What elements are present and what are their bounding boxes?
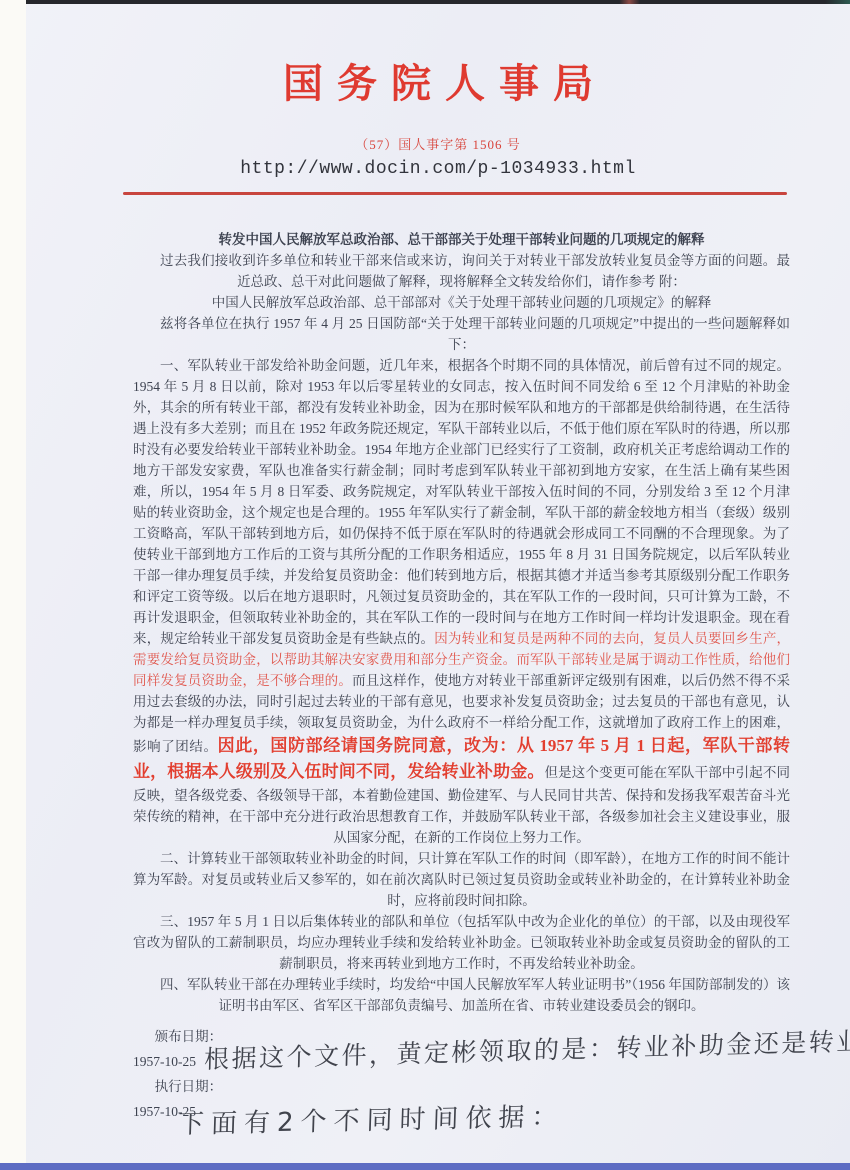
doc-url: http://www.docin.com/p-1034933.html: [26, 159, 850, 179]
paragraph-item3: 三、1957 年 5 月 1 日以后集体转业的部队和单位（包括军队中改为企业化的…: [133, 911, 790, 974]
paragraph-item2: 二、计算转业干部领取转业补助金的时间，只计算在军队工作的时间（即军龄），在地方工…: [133, 848, 790, 911]
paragraph-preamble: 兹将各单位在执行 1957 年 4 月 25 日国防部“关于处理干部转业问题的几…: [133, 313, 790, 355]
agency-title: 国务院人事局: [26, 60, 850, 108]
effective-date-label: 执行日期：: [133, 1074, 790, 1099]
paper: 国务院人事局 （57）国人事字第 1506 号 http://www.docin…: [26, 4, 850, 1163]
red-divider: [123, 192, 787, 195]
doc-number: （57）国人事字第 1506 号: [26, 134, 850, 153]
document-title: 转发中国人民解放军总政治部、总干部部关于处理干部转业问题的几项规定的解释: [133, 229, 790, 250]
paragraph-item1: 一、军队转业干部发给补助金问题，近几年来，根据各个时期不同的具体情况，前后曾有过…: [133, 355, 790, 848]
scanned-document-page: 国务院人事局 （57）国人事字第 1506 号 http://www.docin…: [0, 0, 850, 1170]
paragraph-item4: 四、军队转业干部在办理转业手续时，均发给“中国人民解放军军人转业证明书”（195…: [133, 974, 790, 1016]
item1-text-a: 一、军队转业干部发给补助金问题，近几年来，根据各个时期不同的具体情况，前后曾有过…: [133, 358, 790, 646]
document-subtitle: 中国人民解放军总政治部、总干部部对《关于处理干部转业问题的几项规定》的解释: [133, 292, 790, 313]
scan-left-edge: [0, 0, 26, 1170]
scan-bottom-edge: [0, 1163, 850, 1170]
document-body: 转发中国人民解放军总政治部、总干部部关于处理干部转业问题的几项规定的解释 过去我…: [133, 229, 790, 1124]
paragraph-intro: 过去我们接收到许多单位和转业干部来信或来访，询问关于对转业干部发放转业复员金等方…: [133, 250, 790, 292]
document-header: 国务院人事局 （57）国人事字第 1506 号 http://www.docin…: [26, 4, 850, 195]
